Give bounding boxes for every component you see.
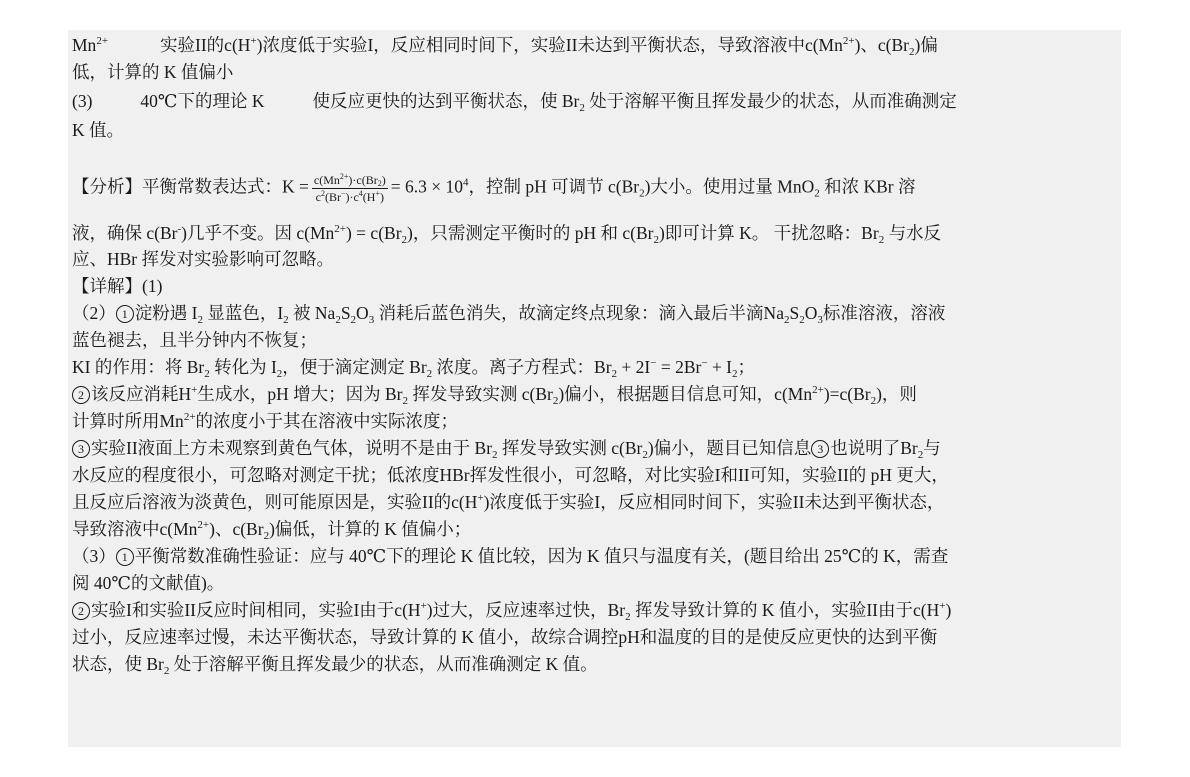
text: 实验II的c(H <box>160 35 250 55</box>
text: 和浓 KBr 溶 <box>820 177 916 197</box>
text: 40℃下的理论 K <box>140 91 264 111</box>
analysis-label: 【分析】 <box>72 177 142 197</box>
text: （2） <box>72 303 116 323</box>
text: = 6.3 × 10 <box>391 177 463 197</box>
circled-number: 3 <box>72 440 90 458</box>
text: 处于溶解平衡且挥发最少的状态，从而准确测定 <box>585 91 957 111</box>
answer-panel: Mn2+实验II的c(H+)浓度低于实验I，反应相同时间下，实验II未达到平衡状… <box>68 30 1121 747</box>
detail-q2-3-line-2: 水反应的程度很小，可忽略对测定干扰；低浓度HBr挥发性很小，可忽略，对比实验I和… <box>72 462 949 488</box>
answer-line-2: 低，计算的 K 值偏小 <box>72 59 233 85</box>
text: )、c(Br <box>855 35 909 55</box>
text: 液，确保 c(Br <box>72 223 177 243</box>
circled-number: 2 <box>72 602 90 620</box>
text: )，只需测定平衡时的 pH 和 c(Br <box>407 223 653 243</box>
text: )几乎不变。因 c(Mn <box>181 223 334 243</box>
detail-q3-2-line-2: 过小，反应速率过慢，未达平衡状态，导致计算的 K 值小，故综合调控pH和温度的目… <box>72 624 937 650</box>
circled-number: 3 <box>811 440 829 458</box>
detail-q2-3-line-3: 且反应后溶液为淡黄色，则可能原因是，实验II的c(H+)浓度低于实验I，反应相同… <box>72 489 944 515</box>
equilibrium-fraction: c(Mn2+)·c(Br2)c2(Br−)·c4(H+) <box>312 173 388 204</box>
detail-q2-3-line-4: 导致溶液中c(Mn2+)、c(Br2)偏低，计算的 K 值偏小； <box>72 516 471 542</box>
circled-number: 1 <box>116 305 134 323</box>
superscript: 2+ <box>96 35 108 47</box>
fraction-numerator: c(Mn2+)·c(Br2) <box>312 173 388 189</box>
detail-ki-line: KI 的作用：将 Br2 转化为 I2，便于滴定测定 Br2 浓度。离子方程式：… <box>72 354 755 380</box>
analysis-line-1: 【分析】平衡常数表达式：K =c(Mn2+)·c(Br2)c2(Br−)·c4(… <box>72 173 916 204</box>
detail-q2-2-line-2: 计算时所用Mn2+的浓度小于其在溶液中实际浓度； <box>72 408 458 434</box>
text: ，控制 pH 可调节 c(Br <box>468 177 639 197</box>
detail-q2-1-line-2: 蓝色褪去，且半分钟内不恢复； <box>72 327 317 353</box>
answer-line-1: Mn2+实验II的c(H+)浓度低于实验I，反应相同时间下，实验II未达到平衡状… <box>72 32 938 58</box>
text: )偏 <box>915 35 938 55</box>
detail-q3-2-line-3: 状态，使 Br2 处于溶解平衡且挥发最少的状态，从而准确测定 K 值。 <box>72 651 598 677</box>
text: 蓝色褪去，且半分钟内不恢复； <box>72 330 317 350</box>
text: )即可计算 K。 干扰忽略：Br <box>659 223 879 243</box>
text: ) = c(Br <box>346 223 402 243</box>
detail-q2-2-line-1: 2该反应消耗H+生成水，pH 增大；因为 Br2 挥发导致实测 c(Br2)偏小… <box>72 381 917 407</box>
circled-number: 1 <box>116 548 134 566</box>
text: K 值。 <box>72 120 124 140</box>
circled-number: 2 <box>72 386 90 404</box>
fraction-denominator: c2(Br−)·c4(H+) <box>312 189 388 204</box>
answer-line-3: (3)40℃下的理论 K使反应更快的达到平衡状态，使 Br2 处于溶解平衡且挥发… <box>72 88 957 114</box>
detail-q2-1-line-1: （2）1淀粉遇 I2 显蓝色，I2 被 Na2S2O3 消耗后蓝色消失，故滴定终… <box>72 300 945 326</box>
superscript: 2+ <box>843 35 855 47</box>
superscript: 2+ <box>334 223 346 235</box>
text: 平衡常数表达式：K = <box>142 177 309 197</box>
text: 低，计算的 K 值偏小 <box>72 62 233 82</box>
detail-q3-1-line-1: （3）1平衡常数准确性验证：应与 40℃下的理论 K 值比较，因为 K 值只与温… <box>72 543 948 569</box>
analysis-line-2: 液，确保 c(Br-)几乎不变。因 c(Mn2+) = c(Br2)，只需测定平… <box>72 220 941 246</box>
text: Mn <box>72 35 96 55</box>
detail-q3-1-line-2: 阅 40℃的文献值)。 <box>72 570 224 596</box>
text: 应、HBr 挥发对实验影响可忽略。 <box>72 249 334 269</box>
detail-label: 【详解】(1) <box>72 276 162 296</box>
text: (3) <box>72 91 92 111</box>
text: )浓度低于实验I，反应相同时间下，实验II未达到平衡状态，导致溶液中c(Mn <box>257 35 843 55</box>
detail-heading: 【详解】(1) <box>72 273 162 299</box>
analysis-line-3: 应、HBr 挥发对实验影响可忽略。 <box>72 246 334 272</box>
answer-line-4: K 值。 <box>72 117 124 143</box>
text: 淀粉遇 I <box>135 303 198 323</box>
text: 与水反 <box>884 223 941 243</box>
detail-q3-2-line-1: 2实验I和实验II反应时间相同，实验I由于c(H+)过大，反应速率过快，Br2 … <box>72 597 951 623</box>
text: )大小。使用过量 MnO <box>645 177 815 197</box>
detail-q2-3-line-1: 3实验II液面上方未观察到黄色气体，说明不是由于 Br2 挥发导致实测 c(Br… <box>72 435 941 461</box>
text: 使反应更快的达到平衡状态，使 Br <box>313 91 580 111</box>
